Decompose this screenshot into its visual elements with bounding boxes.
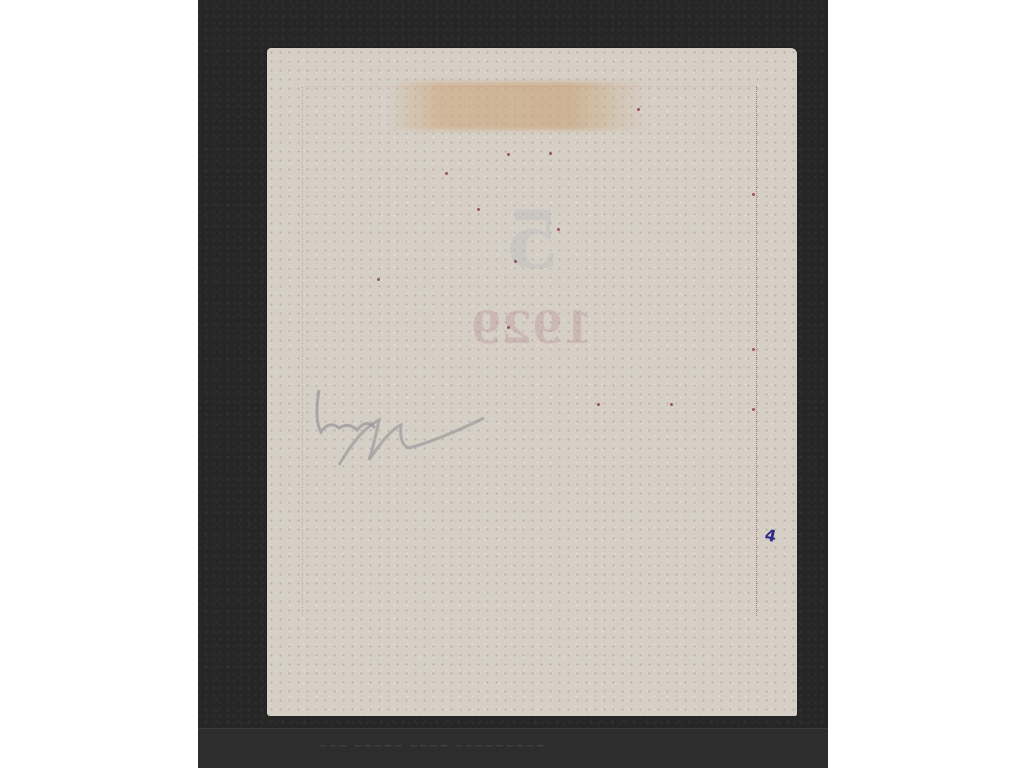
ink-speck bbox=[477, 208, 480, 211]
blue-ink-mark: 4 bbox=[763, 525, 778, 546]
ink-speck bbox=[507, 326, 510, 329]
ink-speck bbox=[557, 228, 560, 231]
ink-speck bbox=[752, 348, 755, 351]
ink-speck bbox=[445, 172, 448, 175]
ink-speck bbox=[752, 193, 755, 196]
showthrough-value: 5 bbox=[432, 193, 632, 287]
strip-text: ~~~ ~~~~~ ~~~~ ~~~~~~~~~ bbox=[318, 739, 546, 752]
pencil-signature-icon bbox=[309, 370, 494, 480]
ink-speck bbox=[752, 408, 755, 411]
ink-speck bbox=[507, 153, 510, 156]
ink-speck bbox=[597, 403, 600, 406]
ink-speck bbox=[549, 152, 552, 155]
ink-speck bbox=[637, 108, 640, 111]
ink-speck bbox=[670, 403, 673, 406]
ink-speck bbox=[377, 278, 380, 281]
ink-speck bbox=[514, 260, 517, 263]
stamp-back: 5 1929 4 bbox=[267, 48, 797, 716]
showthrough-year: 1929 bbox=[432, 303, 632, 354]
stock-page-strip: ~~~ ~~~~~ ~~~~ ~~~~~~~~~ bbox=[198, 728, 828, 768]
